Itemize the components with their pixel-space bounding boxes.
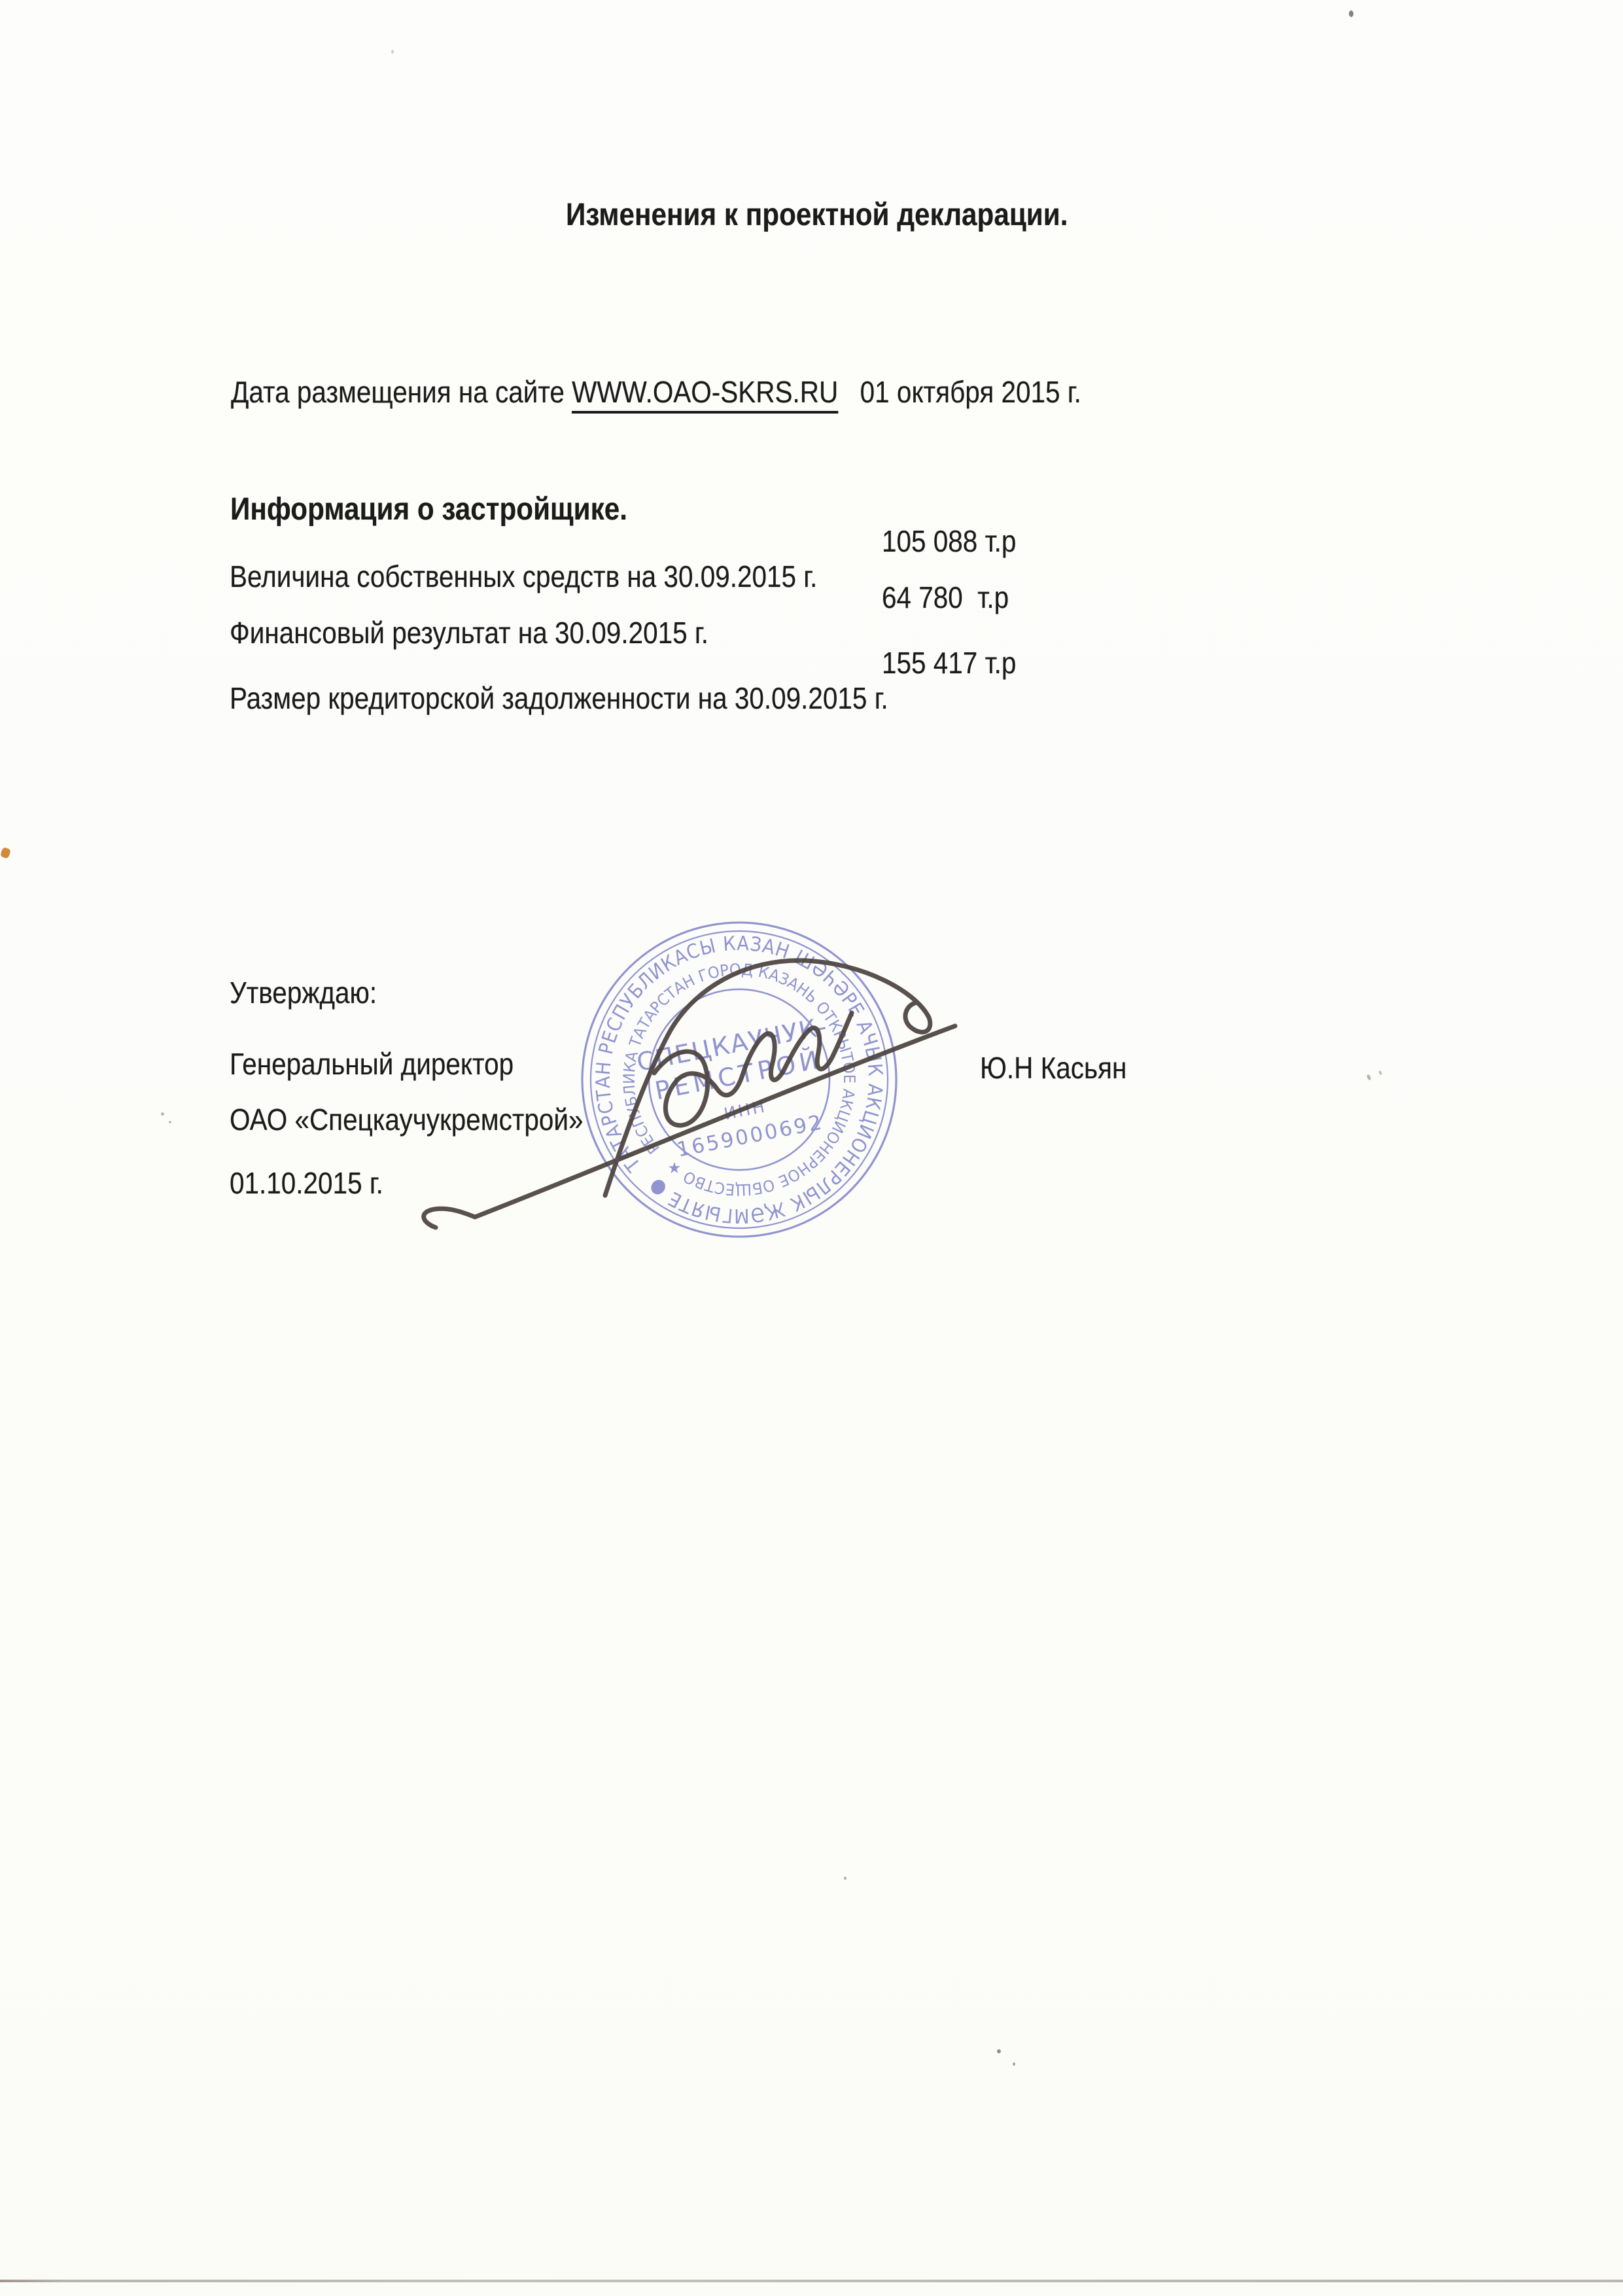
info-row-financial-result: Финансовый результат на 30.09.2015 г. 64… bbox=[196, 580, 1439, 619]
scan-speck-orange bbox=[0, 847, 11, 859]
document-title-text: Изменения к проектной декларации. bbox=[566, 197, 1068, 233]
document-title: Изменения к проектной декларации. bbox=[531, 161, 1136, 269]
stamp-inner-ring-text-holder: РЕСПУБЛИКА ТАТАРСТАН ГОРОД КАЗАНЬ ОТКРЫТ… bbox=[599, 940, 879, 1219]
signature-cursive-stroke bbox=[654, 1013, 852, 1125]
scanned-document-page: Изменения к проектной декларации. Дата р… bbox=[0, 0, 1623, 2296]
stamp-inner-ring-text: РЕСПУБЛИКА ТАТАРСТАН ГОРОД КАЗАНЬ ОТКРЫТ… bbox=[599, 940, 879, 1219]
info-row-own-funds: Величина собственных средств на 30.09.20… bbox=[196, 523, 1439, 563]
info-row-accounts-payable: Размер кредиторской задолженности на 30.… bbox=[196, 645, 1439, 684]
scan-speck-right-1 bbox=[1366, 1074, 1371, 1080]
stamp-company-line1: СПЕЦКАУЧУК- bbox=[635, 1012, 831, 1077]
scan-speck-right-2 bbox=[1378, 1070, 1383, 1075]
site-url: WWW.OAO-SKRS.RU bbox=[572, 375, 838, 414]
posting-date-value: 01 октября 2015 г. bbox=[860, 375, 1081, 409]
posting-date-line-text: Дата размещения на сайте WWW.OAO-SKRS.RU… bbox=[231, 374, 1081, 410]
posting-date-line: Дата размещения на сайте WWW.OAO-SKRS.RU… bbox=[198, 339, 1197, 445]
stamp-inn-value: 1659000692 bbox=[675, 1110, 826, 1162]
stamp-inner-circle bbox=[633, 974, 845, 1186]
financial-value: 64 780 т.р bbox=[882, 580, 1026, 615]
scan-speck-bottom-3 bbox=[1013, 2062, 1015, 2066]
signer-name: Ю.Н Касьян bbox=[947, 1015, 1147, 1121]
scan-speck-bottom-2 bbox=[997, 2049, 1001, 2053]
stamp-company-line2: РЕМСТРОЙ bbox=[652, 1045, 824, 1106]
scan-speck-top-left bbox=[391, 50, 394, 54]
scan-speck-bottom-1 bbox=[844, 1877, 846, 1880]
financial-value: 155 417 т.р bbox=[882, 645, 1034, 680]
stamp-inn-label: ИНН bbox=[722, 1097, 768, 1123]
scanner-edge-line bbox=[0, 2280, 1623, 2282]
financial-value: 105 088 т.р bbox=[882, 523, 1034, 559]
posting-date-prefix: Дата размещения на сайте bbox=[231, 375, 572, 409]
scan-speck-left-1 bbox=[161, 1112, 164, 1116]
signature-arc-stroke bbox=[605, 961, 930, 1195]
scan-speck-top-right bbox=[1349, 10, 1353, 17]
scan-speck-left-2 bbox=[169, 1121, 171, 1123]
approval-date: 01.10.2015 г. bbox=[196, 1130, 404, 1236]
financial-label: Размер кредиторской задолженности на 30.… bbox=[230, 680, 888, 716]
